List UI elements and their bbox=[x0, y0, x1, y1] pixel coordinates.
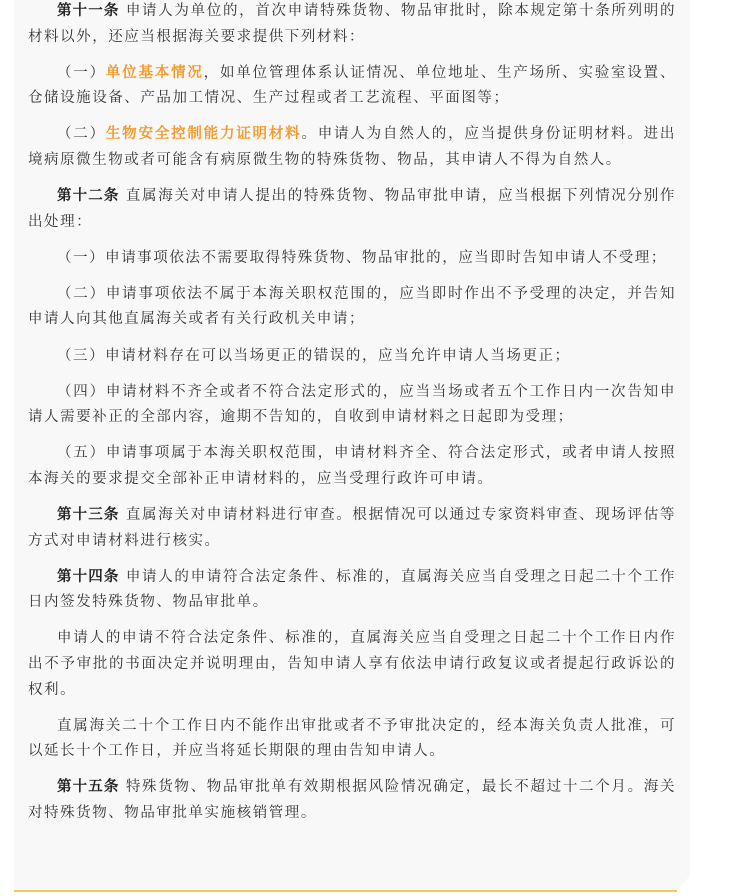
paragraph-article-13: 第十三条 直属海关对申请材料进行审查。根据情况可以通过专家资料审查、现场评估等方… bbox=[28, 503, 676, 554]
paragraph-12-item-3: （三）申请材料存在可以当场更正的错误的，应当允许申请人当场更正； bbox=[28, 344, 676, 370]
paragraph-text: 直属海关对申请人提出的特殊货物、物品审批申请，应当根据下列情况分别作出处理： bbox=[28, 188, 676, 230]
paragraph-12-item-5: （五）申请事项属于本海关职权范围，申请材料齐全、符合法定形式，或者申请人按照本海… bbox=[28, 441, 676, 492]
paragraph-12-item-2: （二）申请事项依法不属于本海关职权范围的，应当即时作出不予受理的决定，并告知申请… bbox=[28, 282, 676, 333]
highlight-term: 生物安全控制能力证明材料 bbox=[106, 126, 302, 142]
article-content: 第十一条 申请人为单位的，首次申请特殊货物、物品审批时，除本规定第十条所列明的材… bbox=[28, 0, 676, 837]
paragraph-article-14: 第十四条 申请人的申请符合法定条件、标准的，直属海关应当自受理之日起二十个工作日… bbox=[28, 565, 676, 616]
paragraph-14-clause-3: 直属海关二十个工作日内不能作出审批或者不予审批决定的，经本海关负责人批准，可以延… bbox=[28, 714, 676, 765]
paragraph-14-clause-2: 申请人的申请不符合法定条件、标准的，直属海关应当自受理之日起二十个工作日内作出不… bbox=[28, 626, 676, 703]
paragraph-text: 申请人的申请符合法定条件、标准的，直属海关应当自受理之日起二十个工作日内签发特殊… bbox=[28, 569, 676, 611]
bottom-divider bbox=[14, 890, 677, 892]
paragraph-12-item-1: （一）申请事项依法不需要取得特殊货物、物品审批的，应当即时告知申请人不受理； bbox=[28, 246, 676, 272]
article-number: 第十二条 bbox=[57, 188, 120, 204]
paragraph-text: 直属海关对申请材料进行审查。根据情况可以通过专家资料审查、现场评估等方式对申请材… bbox=[28, 507, 676, 549]
paragraph-text: 申请人为单位的，首次申请特殊货物、物品审批时，除本规定第十条所列明的材料以外，还… bbox=[28, 3, 676, 45]
paragraph-item-1: （一）单位基本情况，如单位管理体系认证情况、单位地址、生产场所、实验室设置、仓储… bbox=[28, 61, 676, 112]
article-number: 第十三条 bbox=[57, 507, 120, 523]
paragraph-12-item-4: （四）申请材料不齐全或者不符合法定形式的，应当当场或者五个工作日内一次告知申请人… bbox=[28, 380, 676, 431]
article-number: 第十一条 bbox=[57, 3, 120, 19]
item-prefix: （一） bbox=[57, 65, 106, 81]
paragraph-article-12: 第十二条 直属海关对申请人提出的特殊货物、物品审批申请，应当根据下列情况分别作出… bbox=[28, 184, 676, 235]
article-number: 第十五条 bbox=[57, 779, 120, 795]
paragraph-article-11: 第十一条 申请人为单位的，首次申请特殊货物、物品审批时，除本规定第十条所列明的材… bbox=[28, 0, 676, 50]
highlight-term: 单位基本情况 bbox=[106, 65, 204, 81]
paragraph-text: 特殊货物、物品审批单有效期根据风险情况确定，最长不超过十二个月。海关对特殊货物、… bbox=[28, 779, 676, 821]
article-number: 第十四条 bbox=[57, 569, 120, 585]
paragraph-item-2: （二）生物安全控制能力证明材料。申请人为自然人的，应当提供身份证明材料。进出境病… bbox=[28, 122, 676, 173]
paragraph-article-15: 第十五条 特殊货物、物品审批单有效期根据风险情况确定，最长不超过十二个月。海关对… bbox=[28, 775, 676, 826]
item-prefix: （二） bbox=[57, 126, 106, 142]
